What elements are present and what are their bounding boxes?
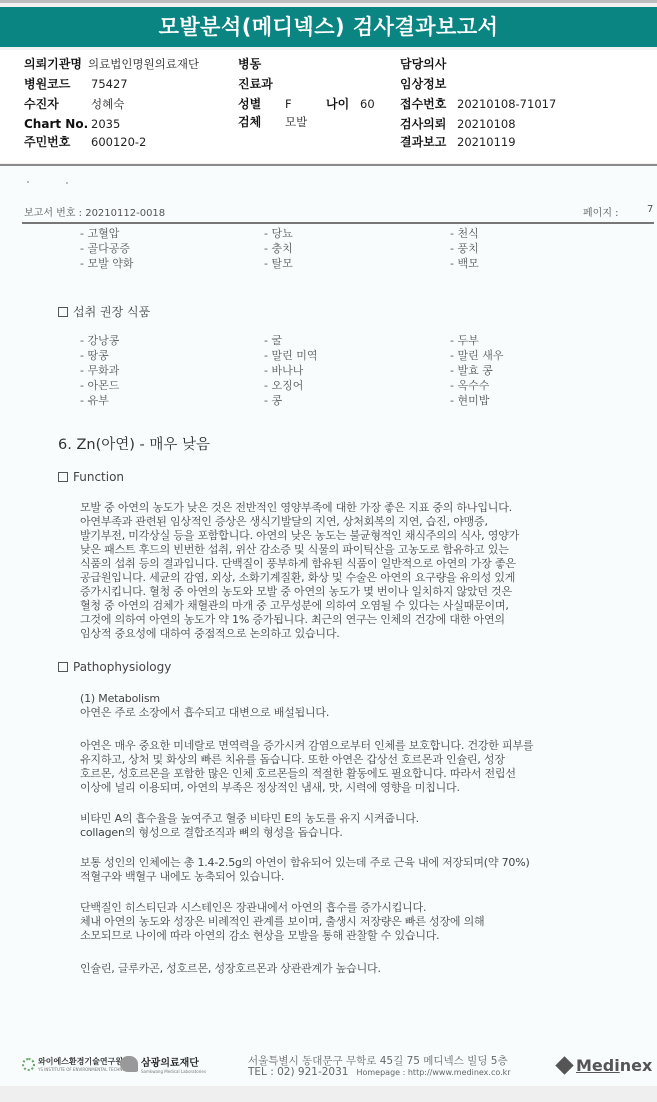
info-chart-no: Chart No.2035 <box>24 114 120 134</box>
list-row: - 아몬드 - 오징어 - 옥수수 <box>80 378 640 393</box>
list-item: - 탈모 <box>264 256 293 271</box>
info-department: 진료과 <box>238 74 273 94</box>
bottom-strip <box>0 1086 657 1102</box>
pathophysiology-paragraph-2: 비타민 A의 흡수율을 높여주고 혈중 비타민 E의 농도를 유지 시켜줍니다.… <box>80 812 640 840</box>
scan-speck <box>27 181 29 183</box>
list-item: - 아몬드 <box>80 378 119 393</box>
info-doctor: 담당의사 <box>400 54 446 74</box>
info-age: 나이60 <box>326 94 375 114</box>
document-rule <box>22 222 654 224</box>
text-line: 단백질인 히스티딘과 시스테인은 장관내에서 아연의 흡수를 증가시킵니다. <box>80 901 640 915</box>
report-date-value: 20210119 <box>457 132 516 152</box>
list-item: - 옥수수 <box>450 378 489 393</box>
list-row: - 무화과 - 바나나 - 발효 콩 <box>80 363 640 378</box>
info-institution: 의뢰기관명의료법인명원의료재단 <box>24 54 199 74</box>
metabolism-title: (1) Metabolism <box>80 692 640 706</box>
request-date-value: 20210108 <box>457 114 516 134</box>
list-row: - 골다공증 - 충치 - 풍치 <box>80 241 640 256</box>
text-line: collagen의 형성으로 결합조직과 뼈의 형성을 돕습니다. <box>80 826 640 840</box>
list-row: - 모발 약화 - 탈모 - 백모 <box>80 256 640 271</box>
ward-label: 병동 <box>238 54 261 74</box>
footer-contact: TEL : 02) 921-2031Homepage : http://www.… <box>248 1066 511 1078</box>
footer-homepage: Homepage : http://www.medinex.co.kr <box>356 1068 510 1077</box>
page-label: 페이지 : <box>583 204 619 219</box>
list-item: - 충치 <box>264 241 293 256</box>
list-item: - 바나나 <box>264 363 303 378</box>
specimen-value: 모발 <box>285 112 307 132</box>
zinc-section-title: 6. Zn(아연) - 매우 낮음 <box>58 433 210 454</box>
footer-tel: TEL : 02) 921-2031 <box>248 1066 348 1078</box>
clinical-info-label: 임상정보 <box>400 74 446 94</box>
text-line: 임상적 중요성에 대하여 중점적으로 논의하고 있습니다. <box>80 627 640 641</box>
patient-info-panel: 의뢰기관명의료법인명원의료재단 병원코드75427 수진자성혜숙 Chart N… <box>0 50 657 163</box>
resident-no-label: 주민번호 <box>24 132 91 152</box>
text-line: 소모되므로 나이에 따라 아연의 감소 현상을 모발을 통해 관찰할 수 있습니… <box>80 929 640 943</box>
foods-heading-text: 섭취 권장 식품 <box>73 305 150 319</box>
pathophysiology-heading-text: Pathophysiology <box>73 660 171 674</box>
age-label: 나이 <box>326 94 360 114</box>
list-item: - 무화과 <box>80 363 119 378</box>
pathophysiology-paragraph-5: 인슐린, 글루카곤, 성호르몬, 성장호르몬과 상관관계가 높습니다. <box>80 962 640 976</box>
institution-value: 의료법인명원의료재단 <box>88 54 199 74</box>
samkwang-logo: 삼광의료재단Samkwang Medical Laboratories <box>120 1054 206 1074</box>
info-recipient: 수진자성혜숙 <box>24 94 124 114</box>
metabolism-block: (1) Metabolism 아연은 주로 소장에서 흡수되고 대변으로 배설됩… <box>80 692 640 720</box>
pathophysiology-paragraph-4: 단백질인 히스티딘과 시스테인은 장관내에서 아연의 흡수를 증가시킵니다. 체… <box>80 901 640 943</box>
pathophysiology-paragraph-1: 아연은 매우 중요한 미네랄로 면역력을 증가시켜 감염으로부터 인체를 보호합… <box>80 739 640 795</box>
list-item: - 오징어 <box>264 378 303 393</box>
list-item: - 발효 콩 <box>450 363 493 378</box>
list-item: - 현미밥 <box>450 393 489 408</box>
list-row: - 유부 - 콩 - 현미밥 <box>80 393 640 408</box>
samkwang-logo-mark-icon <box>120 1056 138 1072</box>
foods-heading: 섭취 권장 식품 <box>58 303 150 320</box>
text-line: 이상에 널리 이용되며, 아연의 부족은 정상적인 냄새, 맛, 시력에 영향을… <box>80 781 640 795</box>
medinex-brand-a: Medi <box>576 1056 620 1075</box>
text-line: 증가시킵니다. 혈청 중 아연의 농도와 모발 중 아연의 농도가 몇 번이나 … <box>80 585 640 599</box>
text-line: 공급원입니다. 세균의 감염, 외상, 소화기계질환, 화상 및 수술은 아연의… <box>80 571 640 585</box>
info-resident-no: 주민번호600120-2 <box>24 132 146 152</box>
text-line: 식품의 섭취 등의 결과입니다. 단백질이 풍부하게 함유된 식품이 일반적으로… <box>80 557 640 571</box>
report-date-label: 결과보고 <box>400 132 457 152</box>
text-line: 아연은 매우 중요한 미네랄로 면역력을 증가시켜 감염으로부터 인체를 보호합… <box>80 739 640 753</box>
list-item: - 말린 미역 <box>264 348 317 363</box>
info-ward: 병동 <box>238 54 261 74</box>
list-item: - 콩 <box>264 393 282 408</box>
receipt-no-value: 20210108-71017 <box>457 94 556 114</box>
text-line: 보통 성인의 인체에는 총 1.4-2.5g의 아연이 함유되어 있는데 주로 … <box>80 856 640 870</box>
text-line: 낮은 패스트 후드의 빈번한 섭취, 위산 감소증 및 식물의 파이틱산을 고농… <box>80 543 640 557</box>
function-paragraph: 모발 중 아연의 농도가 낮은 것은 전반적인 영양부족에 대한 가장 좋은 지… <box>80 501 640 641</box>
text-line: 비타민 A의 흡수율을 높여주고 혈중 비타민 E의 농도를 유지 시켜줍니다. <box>80 812 640 826</box>
report-number: 보고서 번호 : 20210112-0018 <box>24 204 165 219</box>
medinex-diamond-icon <box>555 1056 573 1074</box>
specimen-label: 검체 <box>238 112 285 132</box>
list-row: - 강낭콩 - 굴 - 두부 <box>80 333 640 348</box>
recipient-value: 성혜숙 <box>91 94 124 114</box>
list-item: - 말린 새우 <box>450 348 503 363</box>
ys-institute-logo: 와이에스환경기술연구원YS INSTITUTE OF ENVIRONMENTAL… <box>22 1056 136 1072</box>
foods-list: - 강낭콩 - 굴 - 두부 - 땅콩 - 말린 미역 - 말린 새우 - 무화… <box>80 333 640 408</box>
doctor-label: 담당의사 <box>400 54 446 74</box>
scan-speck <box>66 182 68 184</box>
list-item: - 강낭콩 <box>80 333 119 348</box>
age-value: 60 <box>360 94 375 114</box>
ys-logo-mark-icon <box>22 1058 35 1071</box>
text-line: 그것에 의하여 아연의 농도가 약 1% 증가됩니다. 최근의 연구는 인체의 … <box>80 613 640 627</box>
logo2-sub: Samkwang Medical Laboratories <box>141 1069 206 1074</box>
info-report-date: 결과보고20210119 <box>400 132 516 152</box>
function-heading: Function <box>58 470 124 484</box>
medinex-brand-b: nex <box>620 1056 653 1075</box>
list-item: - 땅콩 <box>80 348 109 363</box>
request-date-label: 검사의뢰 <box>400 114 457 134</box>
list-item: - 풍치 <box>450 241 479 256</box>
list-item: - 고혈압 <box>80 226 119 241</box>
chart-no-label: Chart No. <box>24 114 91 134</box>
list-item: - 두부 <box>450 333 479 348</box>
receipt-no-label: 접수번호 <box>400 94 457 114</box>
pathophysiology-heading: Pathophysiology <box>58 660 171 674</box>
list-item: - 골다공증 <box>80 241 130 256</box>
list-item: - 유부 <box>80 393 109 408</box>
top-rule <box>0 0 657 3</box>
text-line: 유지하고, 상처 및 화상의 빠른 치유를 돕습니다. 또한 아연은 갑상선 호… <box>80 753 640 767</box>
text-line: 아연은 주로 소장에서 흡수되고 대변으로 배설됩니다. <box>80 706 640 720</box>
list-item: - 백모 <box>450 256 479 271</box>
hospital-code-value: 75427 <box>91 74 128 94</box>
checkbox-square-icon <box>58 307 68 317</box>
text-line: 적혈구와 백혈구 내에도 농축되어 있습니다. <box>80 870 640 884</box>
text-line: 아연부족과 관련된 임상적인 증상은 생식기발달의 지연, 상처회복의 지연, … <box>80 515 640 529</box>
checkbox-square-icon <box>58 662 68 672</box>
resident-no-value: 600120-2 <box>91 132 146 152</box>
recipient-label: 수진자 <box>24 94 91 114</box>
institution-label: 의뢰기관명 <box>24 54 88 74</box>
chart-no-value: 2035 <box>91 114 120 134</box>
text-line: 호르몬, 성호르몬을 포함한 많은 인체 호르몬들의 적절한 활동에도 필요합니… <box>80 767 640 781</box>
department-label: 진료과 <box>238 74 273 94</box>
text-line: 혈청 중 아연의 검체가 채혈관의 마개 중 고무성분에 의하여 오염될 수 있… <box>80 599 640 613</box>
list-row: - 고혈압 - 당뇨 - 천식 <box>80 226 640 241</box>
sex-value: F <box>285 94 292 114</box>
symptoms-list: - 고혈압 - 당뇨 - 천식 - 골다공증 - 충치 - 풍치 - 모발 약화… <box>80 226 640 271</box>
info-specimen: 검체모발 <box>238 112 307 132</box>
info-hospital-code: 병원코드75427 <box>24 74 128 94</box>
info-clinical: 임상정보 <box>400 74 446 94</box>
text-line: 발기부전, 미각상실 등을 포함합니다. 아연의 낮은 농도는 불균형적인 채식… <box>80 529 640 543</box>
info-request-date: 검사의뢰20210108 <box>400 114 516 134</box>
text-line: 체내 아연의 농도와 성장은 비례적인 관계를 보이며, 출생시 저장량은 빠른… <box>80 915 640 929</box>
scanned-document-page: 보고서 번호 : 20210112-0018 페이지 : 7 - 고혈압 - 당… <box>0 166 657 1042</box>
logo2-name: 삼광의료재단 <box>141 1054 206 1069</box>
list-row: - 땅콩 - 말린 미역 - 말린 새우 <box>80 348 640 363</box>
pathophysiology-paragraph-3: 보통 성인의 인체에는 총 1.4-2.5g의 아연이 함유되어 있는데 주로 … <box>80 856 640 884</box>
text-line: 인슐린, 글루카곤, 성호르몬, 성장호르몬과 상관관계가 높습니다. <box>80 962 640 976</box>
info-sex: 성별F <box>238 94 292 114</box>
page-number: 7 <box>647 204 653 215</box>
checkbox-square-icon <box>58 472 68 482</box>
info-receipt-no: 접수번호20210108-71017 <box>400 94 556 114</box>
document-footer: 와이에스환경기술연구원YS INSTITUTE OF ENVIRONMENTAL… <box>0 1042 657 1086</box>
text-line: 모발 중 아연의 농도가 낮은 것은 전반적인 영양부족에 대한 가장 좋은 지… <box>80 501 640 515</box>
list-item: - 굴 <box>264 333 282 348</box>
sex-label: 성별 <box>238 94 285 114</box>
hospital-code-label: 병원코드 <box>24 74 91 94</box>
function-heading-text: Function <box>73 470 124 484</box>
report-title: 모발분석(메디넥스) 검사결과보고서 <box>0 7 657 47</box>
medinex-logo: Medinex <box>558 1056 652 1075</box>
list-item: - 당뇨 <box>264 226 293 241</box>
list-item: - 천식 <box>450 226 479 241</box>
list-item: - 모발 약화 <box>80 256 133 271</box>
